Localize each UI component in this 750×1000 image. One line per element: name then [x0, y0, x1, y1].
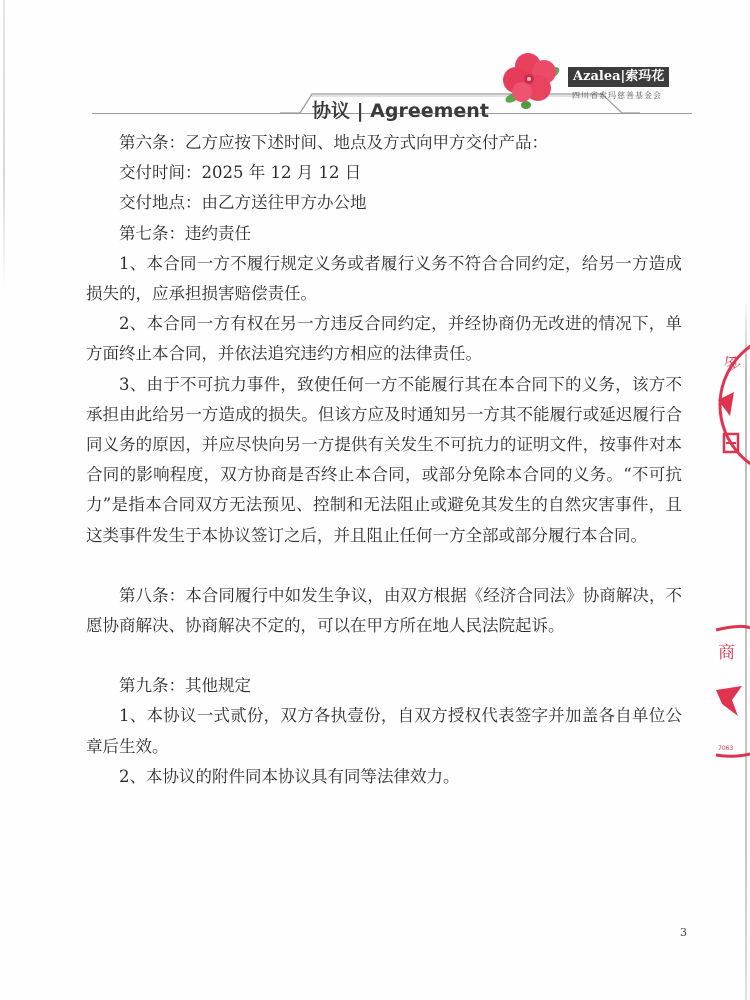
article-7-item-2: 2、本合同一方有权在另一方违反合同约定，并经协商仍无改进的情况下，单方面终止本合… — [86, 309, 682, 369]
logo-brand: Azalea|索玛花 — [568, 67, 669, 87]
svg-text:商: 商 — [718, 643, 735, 663]
delivery-place: 交付地点：由乙方送往甲方办公地 — [86, 188, 682, 218]
delivery-time: 交付时间：2025 年 12 月 12 日 — [86, 158, 682, 188]
document-page: 协议 | Agreement Azalea|索玛花 四川省索玛慈善基金会 第六条… — [0, 0, 750, 1000]
logo-subtitle: 四川省索玛慈善基金会 — [572, 90, 662, 101]
page-header: 协议 | Agreement Azalea|索玛花 四川省索玛慈善基金会 — [0, 40, 750, 120]
header-title: 协议 | Agreement — [312, 96, 489, 123]
article-6-heading: 第六条：乙方应按下述时间、地点及方式向甲方交付产品： — [86, 128, 682, 158]
azalea-flower-icon — [498, 50, 578, 110]
spacer — [86, 551, 682, 581]
agreement-body: 第六条：乙方应按下述时间、地点及方式向甲方交付产品： 交付时间：2025 年 1… — [86, 128, 682, 792]
svg-text:7063: 7063 — [718, 745, 733, 752]
logo: Azalea|索玛花 四川省索玛慈善基金会 — [498, 40, 698, 112]
article-9-heading: 第九条：其他规定 — [86, 671, 682, 701]
article-7-item-3: 3、由于不可抗力事件，致使任何一方不能履行其在本合同下的义务，该方不承担由此给另… — [86, 370, 682, 551]
article-7-item-1: 1、本合同一方不履行规定义务或者履行义务不符合合同约定，给另一方造成损失的，应承… — [86, 249, 682, 309]
official-seal-fragment-bottom: 商 7063 — [712, 620, 750, 770]
spacer — [86, 641, 682, 671]
article-8: 第八条：本合同履行中如发生争议，由双方根据《经济合同法》协商解决，不愿协商解决、… — [86, 581, 682, 641]
article-9-item-1: 1、本协议一式贰份，双方各执壹份，自双方授权代表签字并加盖各自单位公章后生效。 — [86, 701, 682, 761]
official-seal-fragment-top: 金 — [712, 330, 750, 480]
article-9-item-2: 2、本协议的附件同本协议具有同等法律效力。 — [86, 762, 682, 792]
page-number: 3 — [680, 926, 687, 939]
article-7-heading: 第七条：违约责任 — [86, 219, 682, 249]
